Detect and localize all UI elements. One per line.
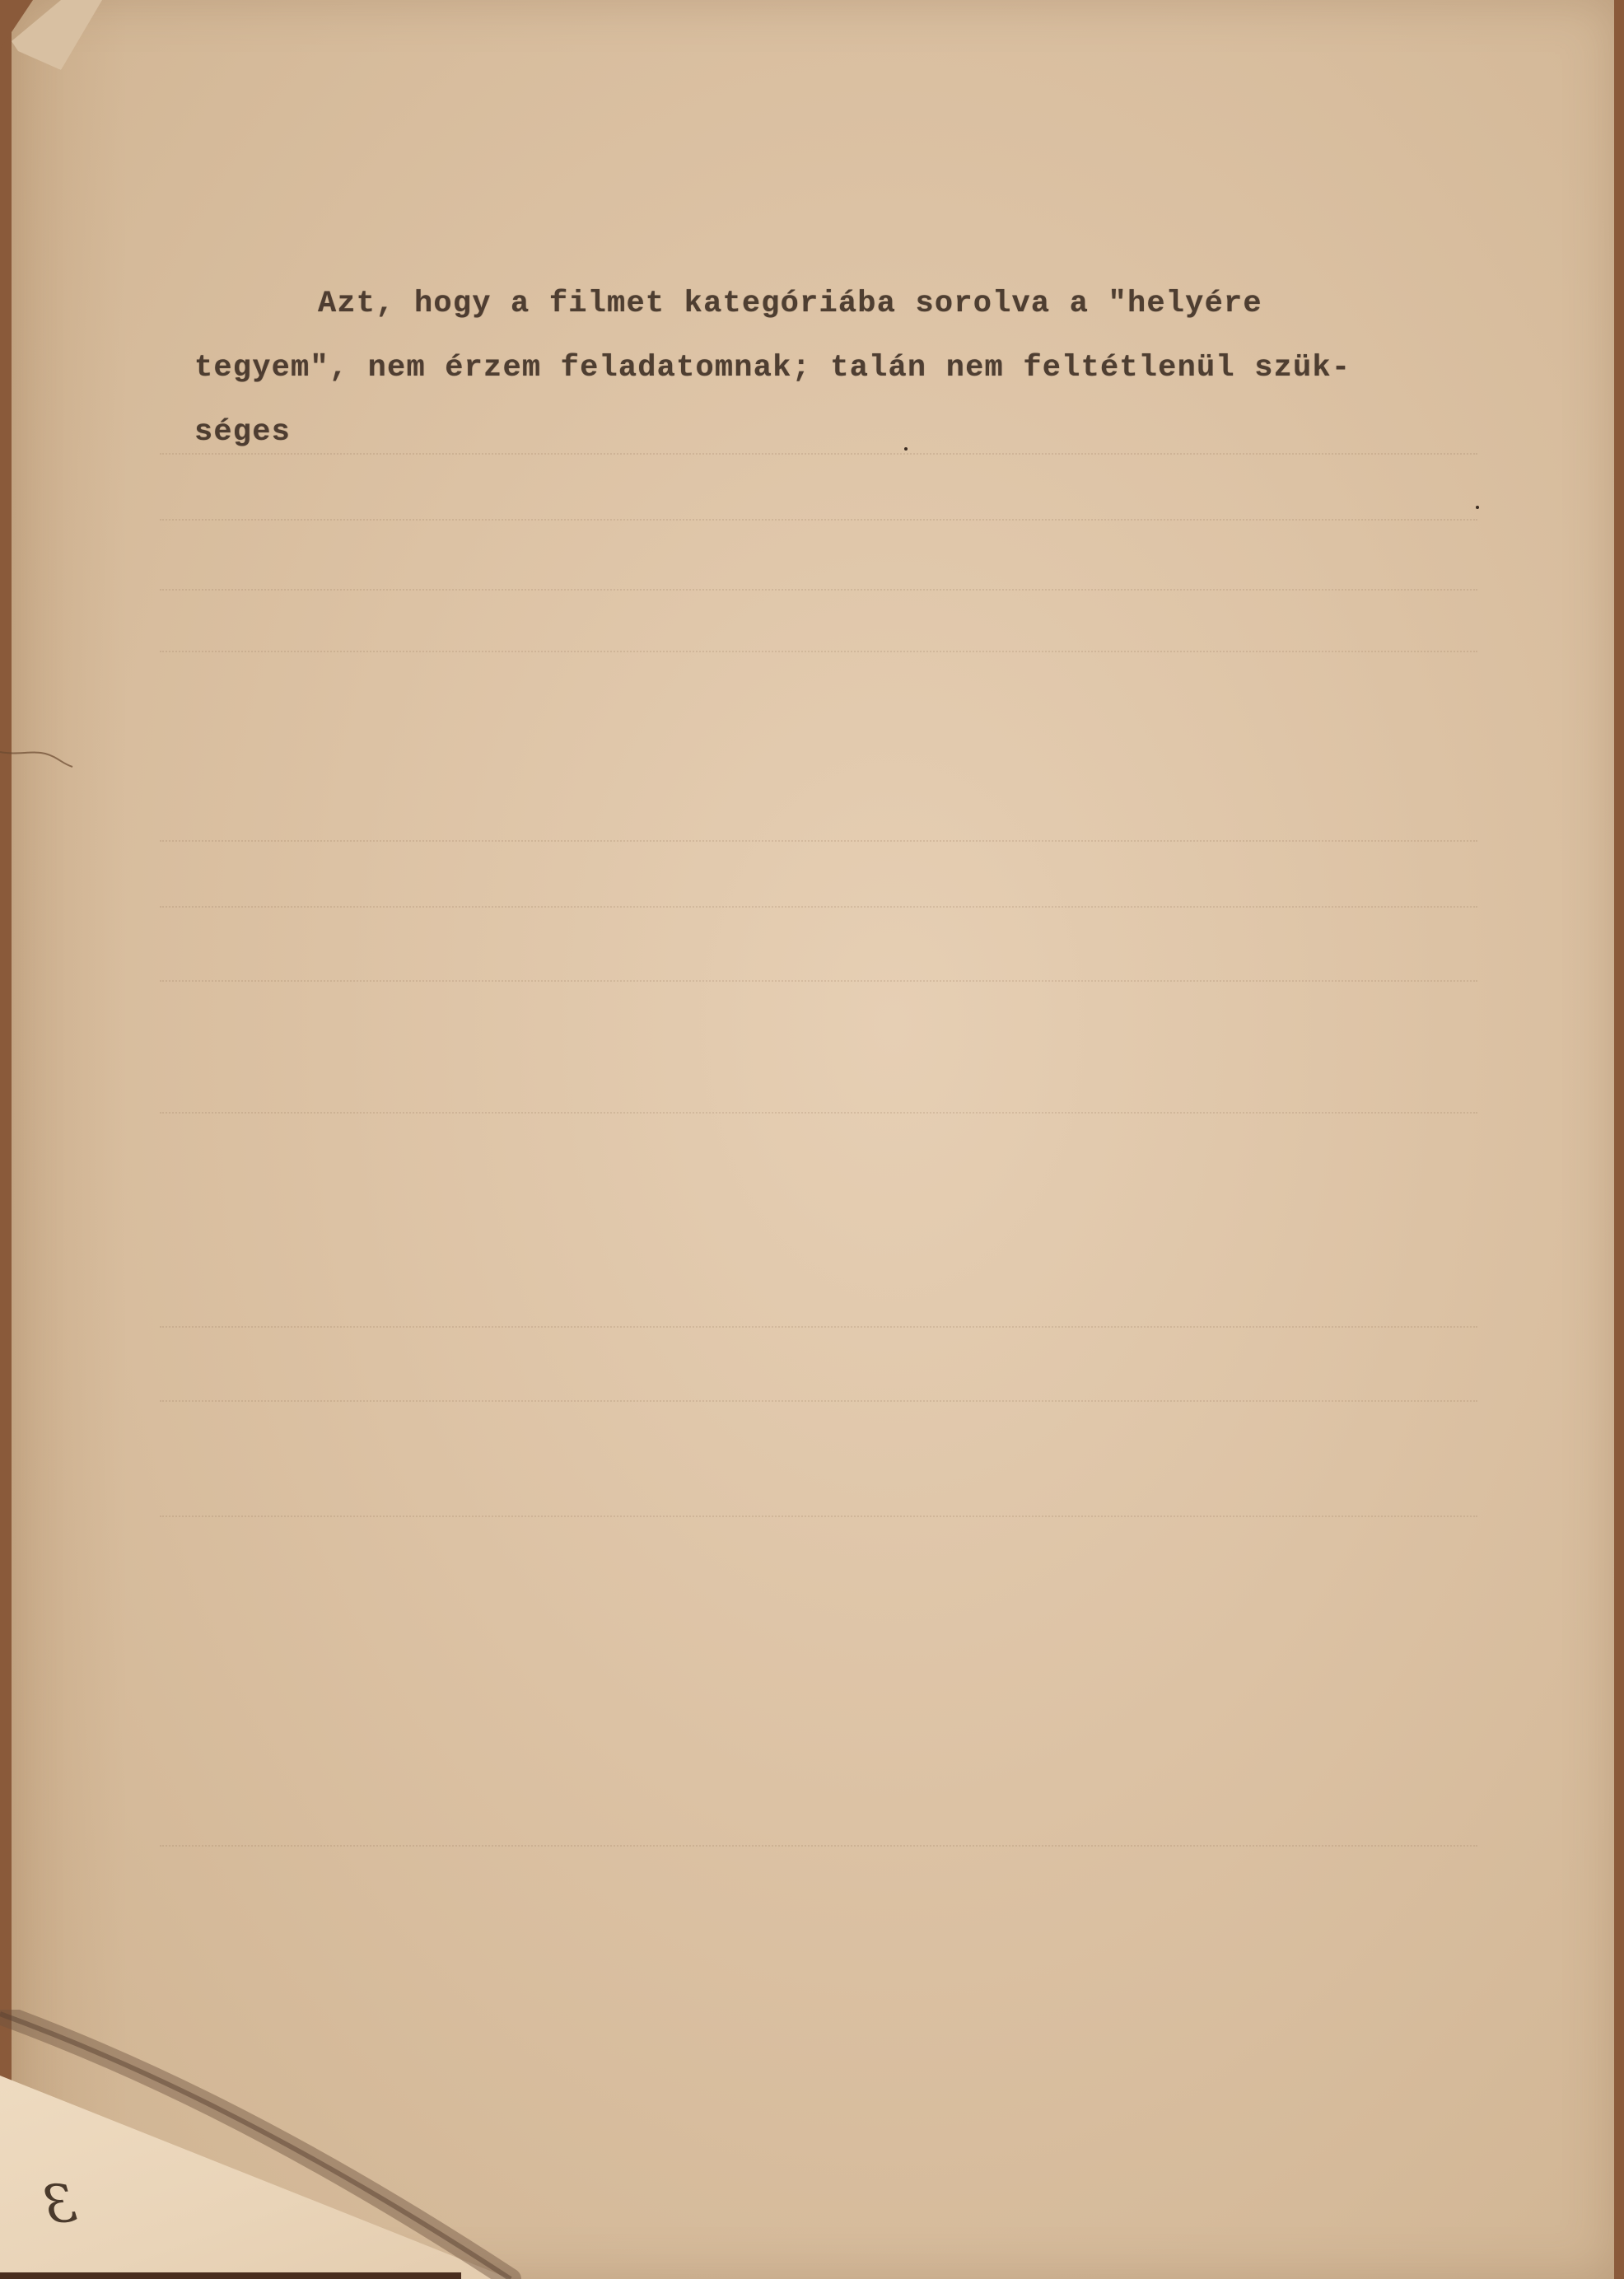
typed-line-3: séges	[194, 400, 1430, 465]
bleed-through-row	[160, 1515, 1477, 1519]
table-surface-edge	[0, 2272, 461, 2279]
table-surface-edge-right	[1614, 1977, 1624, 2279]
bleed-through-row	[160, 906, 1477, 909]
bleed-through-row	[160, 1326, 1477, 1329]
typed-line-2: tegyem", nem érzem feladatomnak; talán n…	[194, 336, 1430, 400]
typed-paragraph: Azt, hogy a filmet kategóriába sorolva a…	[194, 272, 1430, 465]
ink-speck	[1476, 506, 1479, 509]
bleed-through-row	[160, 651, 1477, 654]
bleed-through-row	[160, 980, 1477, 983]
bleed-through-row	[160, 1845, 1477, 1848]
bleed-through-row	[160, 1400, 1477, 1403]
handwritten-page-number: 3	[40, 2173, 79, 2236]
typed-line-1: Azt, hogy a filmet kategóriába sorolva a…	[194, 272, 1430, 336]
ink-speck	[904, 447, 908, 451]
bleed-through-row	[160, 840, 1477, 843]
bleed-through-row	[160, 1112, 1477, 1115]
bleed-through-row	[160, 589, 1477, 592]
paper-crack	[0, 745, 74, 770]
bleed-through-row	[160, 519, 1477, 522]
